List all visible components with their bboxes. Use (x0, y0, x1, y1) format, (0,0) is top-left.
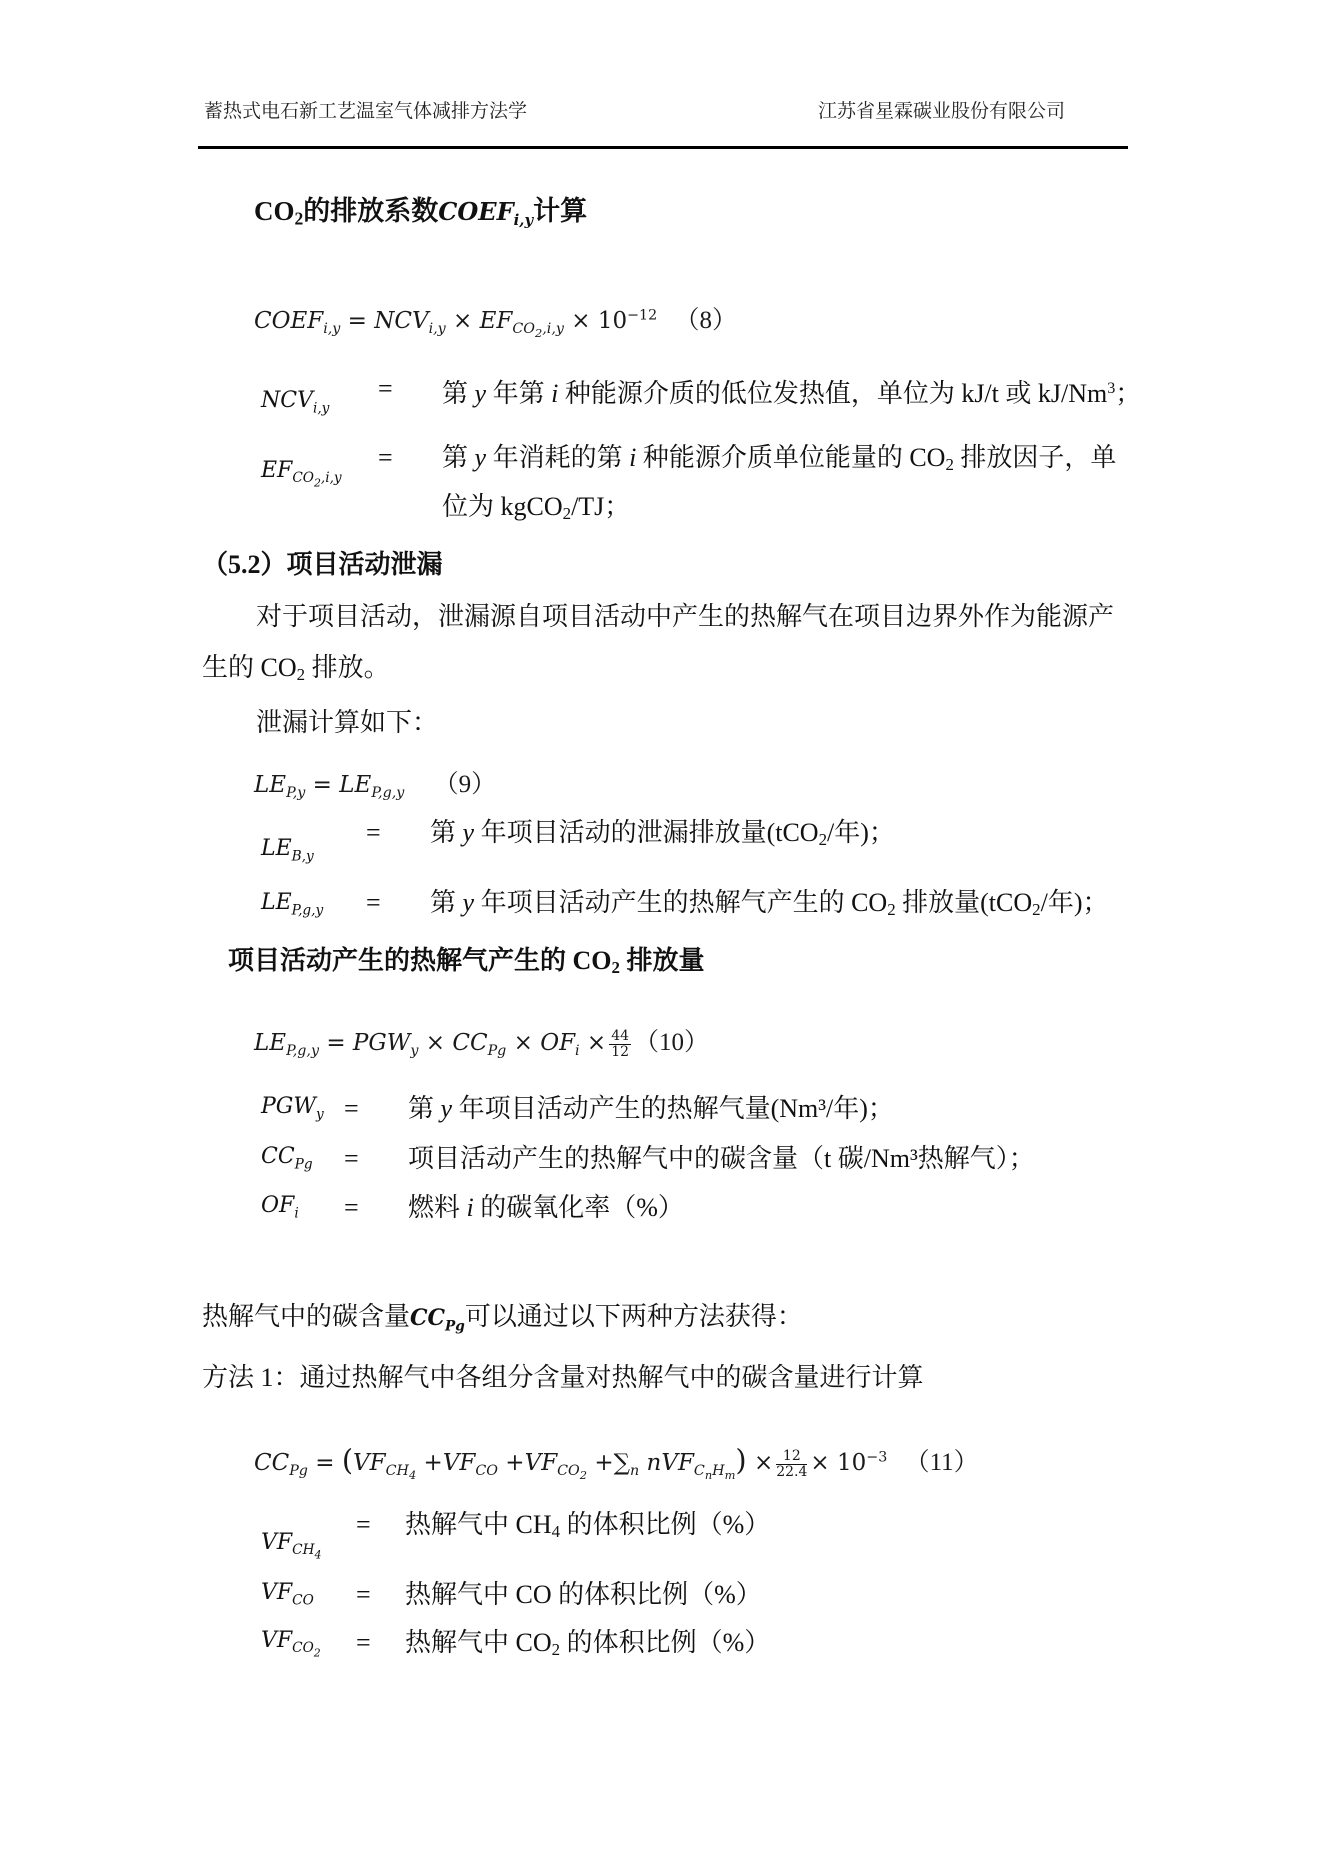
symbol-vf-ch4: VFCH4 (261, 1530, 321, 1562)
equals-sign: = (366, 818, 381, 848)
symbol-ncv: NCVi,y (261, 388, 329, 416)
header-divider (198, 146, 1128, 149)
fraction-44-12: 4412 (609, 1029, 631, 1060)
equals-sign: = (356, 1628, 371, 1658)
definition-vf-co: 热解气中 CO 的体积比例（%） (405, 1580, 762, 1610)
symbol-of-i: OFi (261, 1193, 299, 1221)
definition-ef-co2-line2: 位为 kgCO2/TJ； (442, 492, 630, 529)
heading-symbol: COEFi,y (438, 197, 533, 226)
heading-sub: 2 (295, 208, 304, 228)
leakage-intro: 泄漏计算如下： (256, 708, 438, 738)
symbol-cc-pg: CCPg (261, 1144, 313, 1172)
symbol-vf-co: VFCO (261, 1580, 314, 1608)
equals-sign: = (344, 1094, 359, 1124)
definition-cc-pg: 项目活动产生的热解气中的碳含量（t 碳/Nm³热解气）； (408, 1144, 1035, 1174)
equals-sign: = (366, 888, 381, 918)
equation-number: （8） (674, 307, 737, 334)
method-1-description: 方法 1：通过热解气中各组分含量对热解气中的碳含量进行计算 (202, 1363, 924, 1393)
definition-ncv: 第 y 年第 i 种能源介质的低位发热值，单位为 kJ/t 或 kJ/Nm3； (442, 374, 1141, 409)
equals-sign: = (344, 1144, 359, 1174)
heading-pyrolysis-co2: 项目活动产生的热解气产生的 CO2 排放量 (228, 946, 704, 983)
heading-mid: 的排放系数 (303, 196, 438, 226)
symbol-ef-co2: EFCO2,i,y (261, 458, 342, 490)
equation-10: LEP,g,y = PGWy × CCPg × OFi ×4412（10） (254, 1022, 709, 1060)
paragraph-line-2: 生的 CO2 排放。 (202, 653, 390, 690)
heading-coef: CO2的排放系数COEFi,y计算 (254, 196, 587, 235)
paragraph-line-1: 对于项目活动，泄漏源自项目活动中产生的热解气在项目边界外作为能源产 (256, 602, 1114, 632)
definition-pgw: 第 y 年项目活动产生的热解气量(Nm³/年)； (408, 1094, 894, 1124)
equation-number: （10） (634, 1029, 709, 1056)
definition-ef-co2: 第 y 年消耗的第 i 种能源介质单位能量的 CO2 排放因子，单 (442, 443, 1116, 480)
equals-sign: = (356, 1580, 371, 1610)
heading-co: CO (254, 196, 295, 226)
equation-number: （9） (434, 771, 497, 798)
equation-number: （11） (905, 1449, 979, 1476)
symbol-pgw: PGWy (261, 1094, 324, 1122)
definition-vf-ch4: 热解气中 CH4 的体积比例（%） (405, 1510, 770, 1547)
carbon-content-intro: 热解气中的碳含量CCPg可以通过以下两种方法获得： (202, 1302, 803, 1341)
equation-9: LEP,y = LEP,g,y （9） (254, 764, 496, 801)
symbol-le-p-g-y: LEP,g,y (261, 890, 323, 918)
equals-sign: = (378, 374, 393, 404)
definition-vf-co2: 热解气中 CO2 的体积比例（%） (405, 1628, 770, 1665)
equation-8: COEFi,y = NCVi,y × EFCO2,i,y × 10−12 （8） (254, 300, 737, 340)
equals-sign: = (378, 443, 393, 473)
header-company-name: 江苏省星霖碳业股份有限公司 (818, 96, 1065, 123)
symbol-le-b-y: LEB,y (261, 836, 314, 864)
fraction-12-22-4: 1222.4 (776, 1449, 807, 1480)
definition-of-i: 燃料 i 的碳氧化率（%） (408, 1193, 684, 1223)
header-document-title: 蓄热式电石新工艺温室气体减排方法学 (204, 96, 527, 123)
definition-le-p-g-y: 第 y 年项目活动产生的热解气产生的 CO2 排放量(tCO2/年)； (430, 888, 1109, 925)
heading-suffix: 计算 (533, 196, 587, 226)
equation-11: CCPg = (VFCH4 +VFCO +VFCO2 +∑n nVFCnHm) … (254, 1442, 979, 1482)
definition-le-b-y: 第 y 年项目活动的泄漏排放量(tCO2/年)； (430, 818, 895, 855)
heading-5-2-leakage: （5.2）项目活动泄漏 (202, 550, 443, 580)
equals-sign: = (356, 1510, 371, 1540)
symbol-vf-co2: VFCO2 (261, 1628, 321, 1660)
equals-sign: = (344, 1193, 359, 1223)
